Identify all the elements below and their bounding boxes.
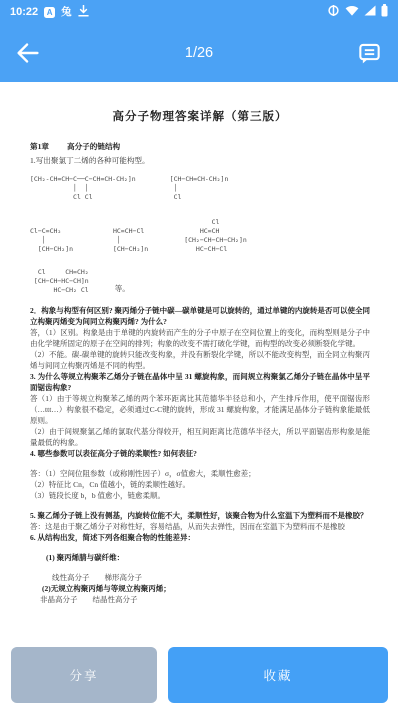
page-indicator: 1/26	[0, 45, 398, 61]
collect-button[interactable]: 收藏	[168, 647, 388, 703]
question-1: 1.写出聚氯丁二烯的各种可能构型。	[30, 155, 370, 166]
document-paragraph: 3. 为什么等规立构聚苯乙烯分子链在晶体中呈 31 螺旋构象，而间规立构聚氯乙烯…	[30, 371, 370, 393]
document-paragraph: (2)无规立构聚丙烯与等规立构聚丙烯；	[30, 583, 370, 594]
status-bar: 10:22 A 兔	[0, 0, 398, 24]
document-paragraph: （3）链段长度 b，b 值愈小，链愈柔顺。	[30, 490, 370, 501]
bottom-action-bar: 分享 收藏	[0, 647, 398, 709]
structure-row-1: [CH₂-CH=CH−C──C−CH=CH-CH₂]n │ │ Cl Cl [C…	[30, 175, 370, 202]
chapter-heading: 第1章高分子的链结构	[30, 141, 370, 152]
structure-6: Cl CH=CH₂ [CH−CH−HC−CH]n HC−CH₂ Cl	[30, 268, 89, 295]
chapter-label: 第1章	[30, 142, 49, 151]
structure-5: Cl HC=CH [CH₂−CH−CH−CH₂]n HC−CH−Cl	[184, 218, 247, 254]
document-page[interactable]: 高分子物理答案详解（第三版） 第1章高分子的链结构 1.写出聚氯丁二烯的各种可能…	[0, 82, 398, 709]
structure-2: [CH−CH=CH-CH₂]n │ Cl	[170, 175, 229, 202]
wifi-icon	[345, 5, 359, 19]
structure-row-2: Cl−C=CH₂ │ [CH−CH₂]n HC=CH−Cl │ [CH−CH₂]…	[30, 218, 370, 254]
structure-3: Cl−C=CH₂ │ [CH−CH₂]n	[30, 227, 73, 254]
boxed-app-icon: A	[44, 7, 55, 18]
app-bar: 1/26	[0, 24, 398, 82]
document-paragraph: (1) 聚丙烯腈与碳纤维：	[30, 552, 370, 563]
document-paragraph: （2）特征比 Cn，Cn 值越小，链的柔顺性越好。	[30, 479, 370, 490]
status-right	[327, 4, 388, 20]
chemical-structures: [CH₂-CH=CH−C──C−CH=CH-CH₂]n │ │ Cl Cl [C…	[30, 175, 370, 295]
top-bar: 10:22 A 兔	[0, 0, 398, 82]
structure-1: [CH₂-CH=CH−C──C−CH=CH-CH₂]n │ │ Cl Cl	[30, 175, 136, 202]
document-title: 高分子物理答案详解（第三版）	[30, 108, 370, 124]
rabbit-app-icon: 兔	[61, 7, 72, 18]
battery-icon	[381, 4, 388, 20]
document-paragraph: 5. 聚乙烯分子链上没有侧基，内旋转位能不大，柔顺性好，该聚合物为什么室温下为塑…	[30, 510, 370, 521]
document-paragraph: 答（1）由于等规立构聚苯乙烯的两个苯环距离比其范德华半径总和小，产生排斥作用，使…	[30, 393, 370, 426]
share-button[interactable]: 分享	[11, 647, 157, 703]
document-paragraph: 6. 从结构出发，简述下列各组聚合物的性能差异：	[30, 532, 370, 543]
etc-label: 等。	[115, 283, 130, 295]
app-screen: 10:22 A 兔	[0, 0, 398, 709]
document-paragraph: （2）不能。碳-碳单键的旋转只能改变构象，并没有断裂化学键，所以不能改变构型，而…	[30, 349, 370, 371]
document-paragraph: 答，（1）区别。构象是由于单键的内旋转而产生的分子中原子在空间位置上的变化，而构…	[30, 327, 370, 349]
document-paragraph: 答：这是由于聚乙烯分子对称性好，容易结晶，从而失去弹性，因而在室温下为塑料而不是…	[30, 521, 370, 532]
status-left: 10:22 A 兔	[10, 5, 89, 20]
document-paragraph: 2．构象与构型有何区别? 聚丙烯分子链中碳—碳单键是可以旋转的，通过单键的内旋转…	[30, 305, 370, 327]
document-paragraph: 答：（1）空间位阻参数（或称刚性因子）σ，σ值愈大，柔顺性愈差；	[30, 468, 370, 479]
document-paragraph: 非晶高分子 结晶性高分子	[30, 594, 370, 605]
ring-mode-icon	[327, 4, 340, 20]
structure-row-3: Cl CH=CH₂ [CH−CH−HC−CH]n HC−CH₂ Cl 等。	[30, 268, 370, 295]
clock-text: 10:22	[10, 6, 38, 18]
document-paragraph: （2）由于间规聚氯乙烯的氯取代基分得较开，相互间距离比范德华半径大，所以平面锯齿…	[30, 426, 370, 448]
download-icon	[78, 5, 89, 20]
document-paragraph: 4. 哪些参数可以表征高分子链的柔顺性? 如何表征?	[30, 448, 370, 459]
document-paragraph: 线性高分子 梯形高分子	[30, 572, 370, 583]
signal-icon	[364, 5, 376, 19]
qa-section: 2．构象与构型有何区别? 聚丙烯分子链中碳—碳单键是可以旋转的，通过单键的内旋转…	[30, 305, 370, 605]
structure-4: HC=CH−Cl │ [CH−CH₂]n	[109, 227, 148, 254]
chapter-title: 高分子的链结构	[67, 142, 120, 151]
